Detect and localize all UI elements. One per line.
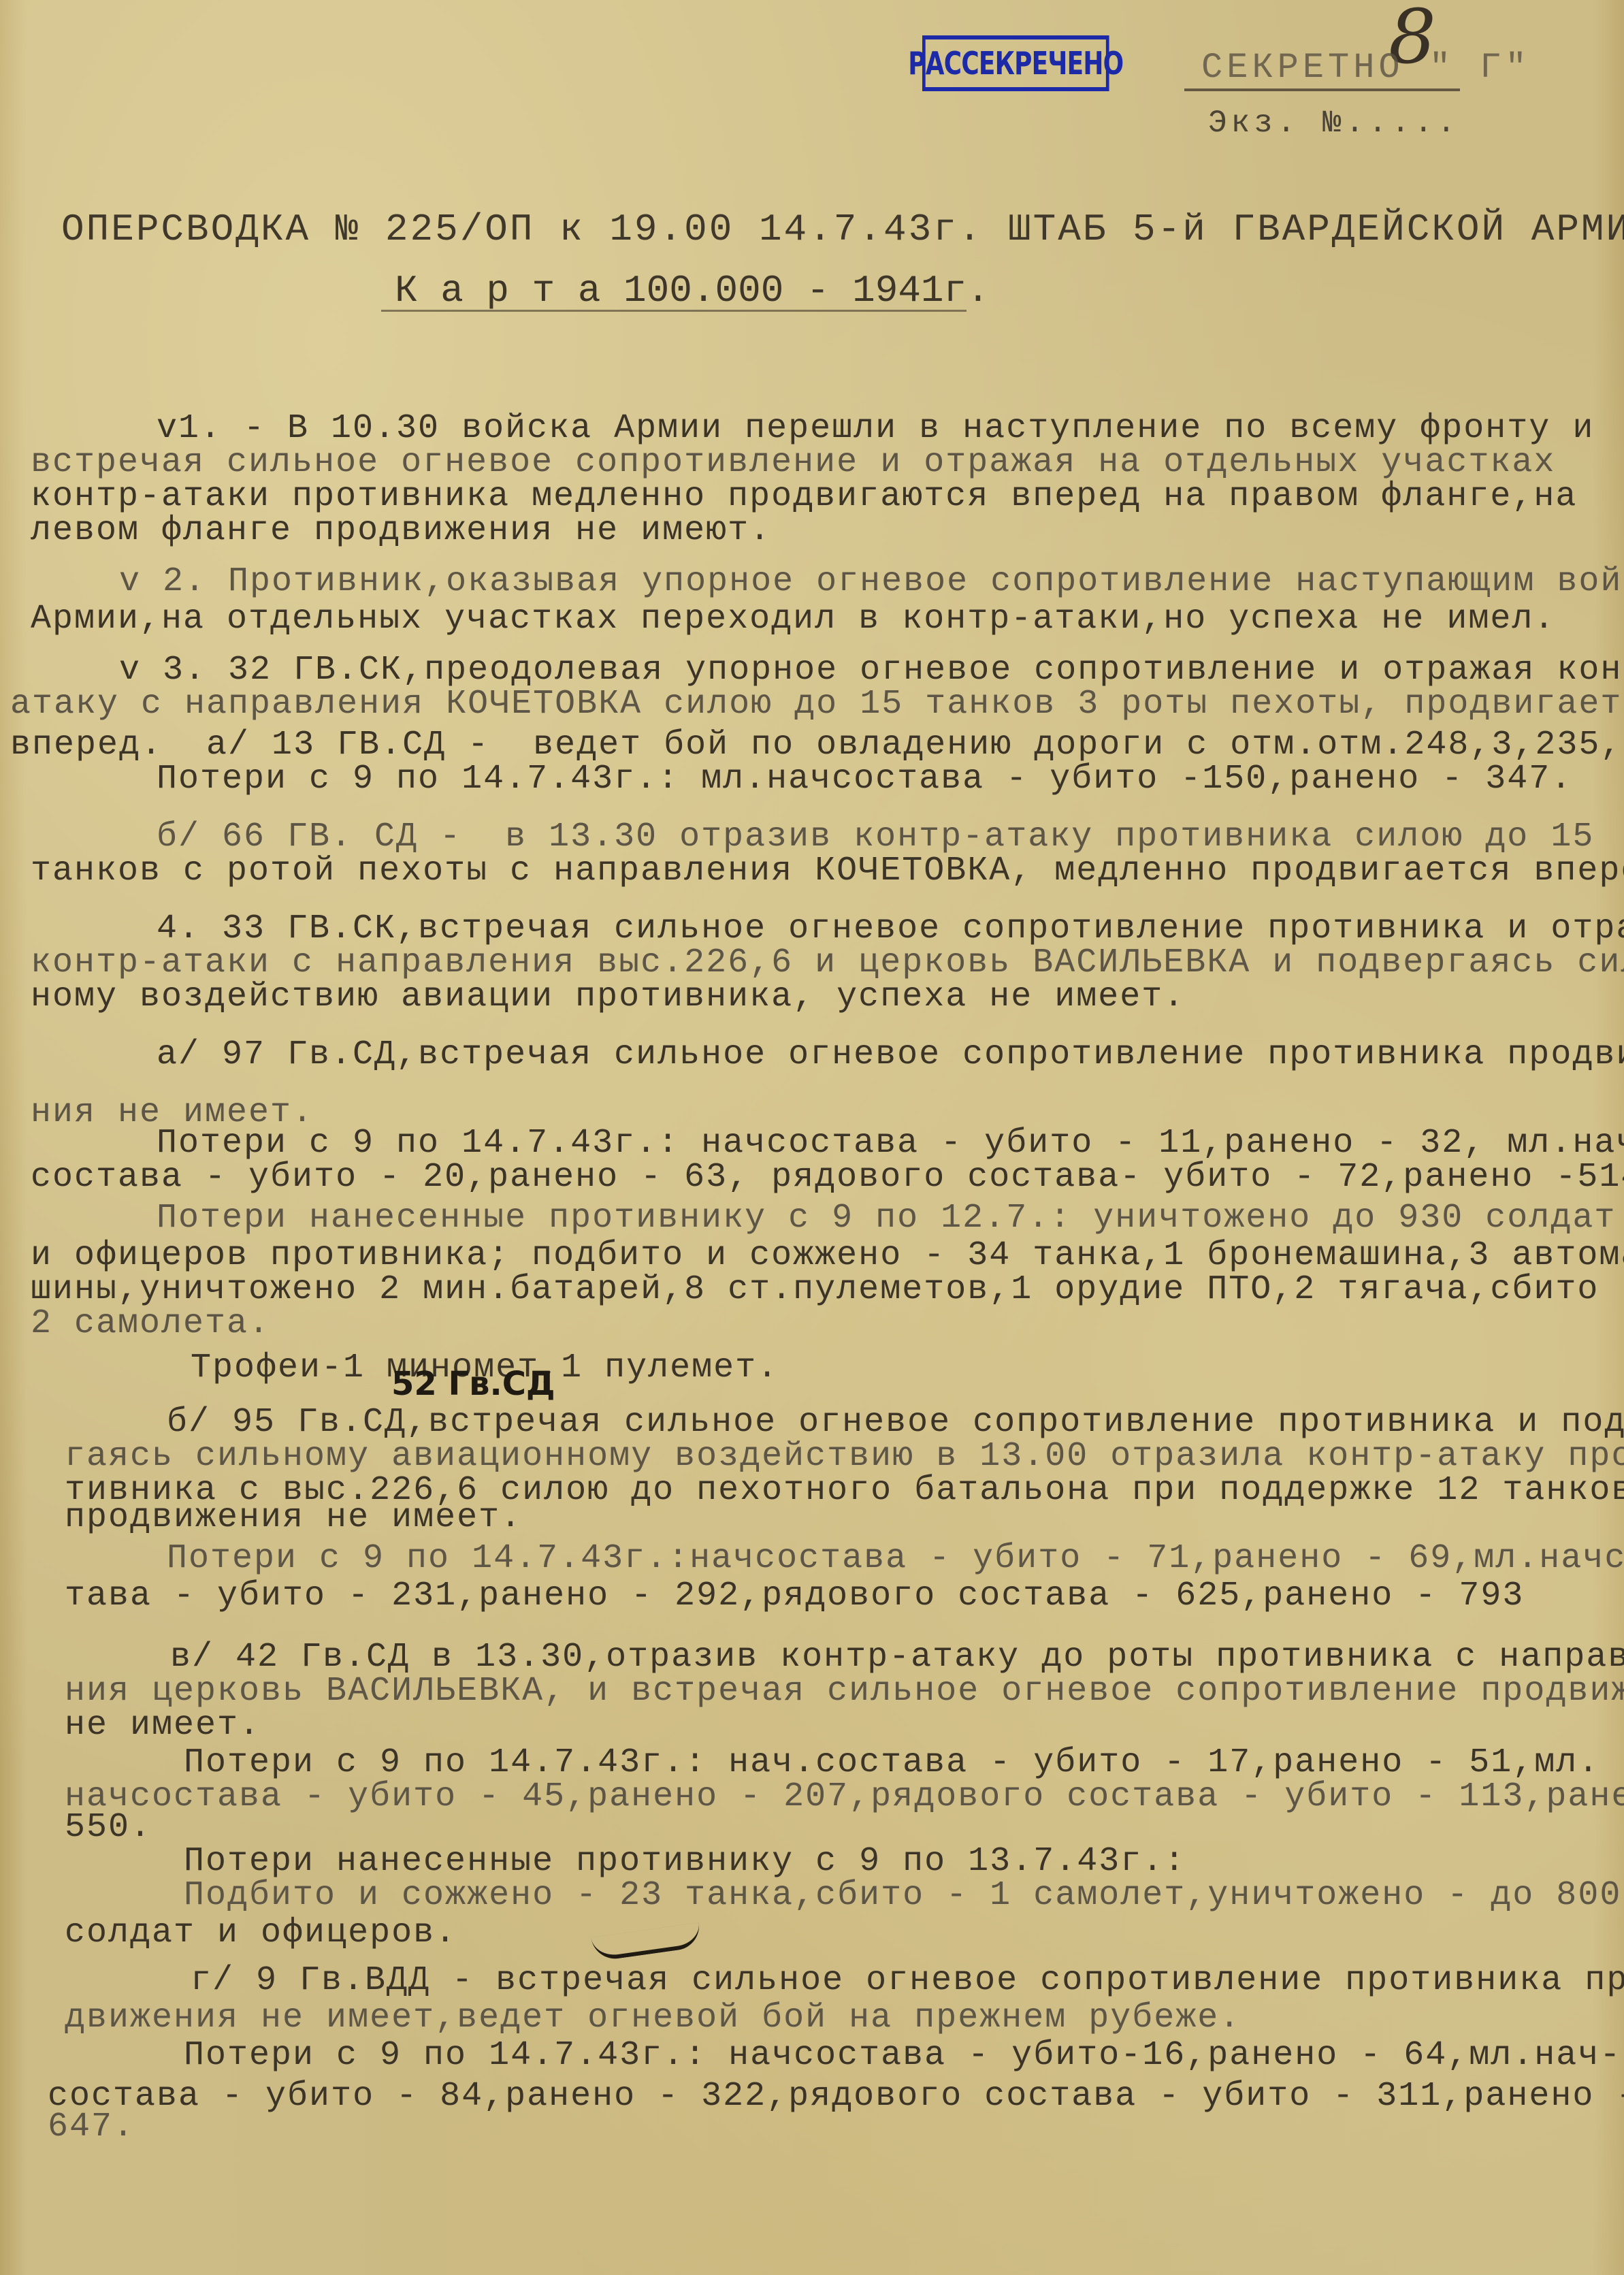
classification-underline [1184,88,1460,91]
typed-line: Потери с 9 по 14.7.43г.: мл.начсостава -… [157,762,1572,796]
map-reference-underline [381,310,967,312]
typed-line: 4. 33 ГВ.СК,встречая сильное огневое соп… [157,912,1624,946]
typed-line: б/ 66 ГВ. СД - в 13.30 отразив контр-ата… [157,820,1594,854]
typed-line: ному воздействию авиации противника, усп… [31,980,1185,1014]
declassified-stamp: РАССЕКРЕЧЕНО [922,35,1109,91]
typed-line: левом фланге продвижения не имеют. [31,514,771,548]
typed-line: Подбито и сожжено - 23 танка,сбито - 1 с… [184,1879,1621,1913]
typed-line: Потери с 9 по 14.7.43г.: начсостава - уб… [184,2039,1621,2073]
typed-line: начсостава - убито - 45,ранено - 207,ряд… [65,1780,1624,1814]
handwritten-correction: 52 Гв.СД [391,1365,555,1403]
typed-line: встречая сильное огневое сопротивление и… [31,446,1555,480]
typed-line: не имеет. [65,1709,261,1743]
map-reference: К а р т а 100.000 - 1941г. [395,269,990,312]
typed-line: ния церковь ВАСИЛЬЕВКА, и встречая сильн… [65,1675,1624,1709]
typed-line: v1. - В 10.30 войска Армии перешли в нас… [157,412,1594,446]
typed-line: в/ 42 Гв.СД в 13.30,отразив контр-атаку … [170,1641,1624,1675]
typed-line: а/ 97 Гв.СД,встречая сильное огневое соп… [157,1038,1624,1072]
typed-line: б/ 95 Гв.СД,встречая сильное огневое соп… [167,1406,1624,1440]
typed-line: Потери с 9 по 14.7.43г.: начсостава - уб… [157,1127,1624,1161]
typed-line: солдат и офицеров. [65,1916,457,1950]
typed-line: Потери нанесенные противнику с 9 по 13.7… [184,1845,1186,1879]
typed-line: движения не имеет,ведет огневой бой на п… [65,2001,1241,2035]
typed-line: и офицеров противника; подбито и сожжено… [31,1239,1624,1273]
copy-number-label: Экз. №..... [1208,106,1460,141]
handwritten-underline-mark [591,1922,702,1962]
typed-line: 550. [65,1811,152,1845]
document-page: 8 РАССЕКРЕЧЕНО СЕКРЕТНО " Г" Экз. №.....… [0,0,1624,2275]
typed-line: контр-атаки противника медленно продвига… [31,480,1577,514]
typed-line: вперед. а/ 13 ГВ.СД - ведет бой по овлад… [10,728,1624,762]
typed-line: v 3. 32 ГВ.СК,преодолевая упорное огнево… [119,654,1624,688]
typed-line: Потери с 9 по 14.7.43г.: нач.состава - у… [184,1746,1599,1780]
document-title: ОПЕРСВОДКА № 225/ОП к 19.00 14.7.43г. ШТ… [61,208,1624,251]
typed-line: тава - убито - 231,ранено - 292,рядового… [65,1579,1524,1613]
typed-line: 647. [48,2110,135,2144]
typed-line: Армии,на отдельных участках переходил в … [31,602,1555,636]
typed-line: 2 самолета. [31,1307,270,1341]
typed-line: Потери с 9 по 14.7.43г.:начсостава - уби… [167,1542,1624,1576]
typed-line: гаясь сильному авиационному воздействию … [65,1440,1624,1474]
typed-line: г/ 9 Гв.ВДД - встречая сильное огневое с… [191,1964,1624,1998]
typed-line: контр-атаки с направления выс.226,6 и це… [31,946,1624,980]
typed-line: продвижения не имеет. [65,1501,522,1535]
typed-line: v 2. Противник,оказывая упорное огневое … [119,565,1624,599]
typed-line: состава - убито - 20,ранено - 63, рядово… [31,1161,1624,1195]
typed-line: состава - убито - 84,ранено - 322,рядово… [48,2080,1624,2114]
typed-line: шины,уничтожено 2 мин.батарей,8 ст.пулем… [31,1273,1599,1307]
typed-line: атаку с направления КОЧЕТОВКА силою до 1… [10,688,1624,722]
typed-line: танков с ротой пехоты с направления КОЧЕ… [31,854,1624,888]
typed-line: Потери нанесенные противнику с 9 по 12.7… [157,1201,1616,1236]
classification-label: СЕКРЕТНО " Г" [1201,48,1531,88]
